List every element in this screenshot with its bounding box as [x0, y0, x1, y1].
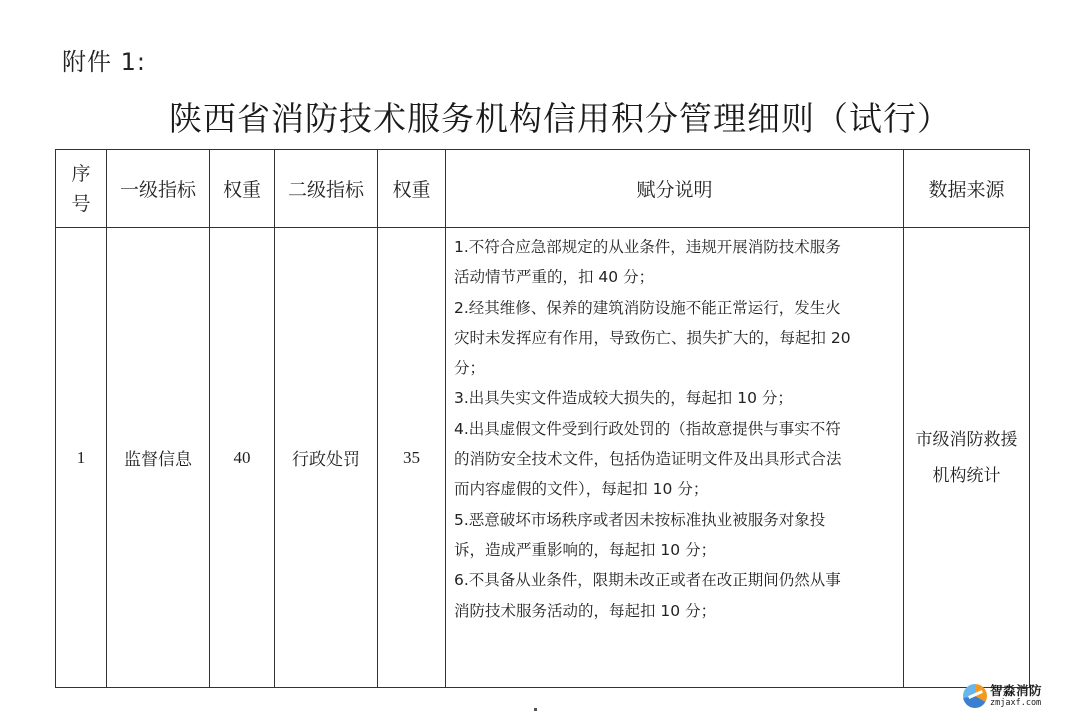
cell-seq: 1 [56, 228, 107, 688]
scoring-line: 4.出具虚假文件受到行政处罚的（指故意提供与事实不符 [454, 414, 897, 444]
table-row: 1 监督信息 40 行政处罚 35 1.不符合应急部规定的从业条件，违规开展消防… [56, 228, 1030, 688]
scoring-line: 2.经其维修、保养的建筑消防设施不能正常运行，发生火 [454, 293, 897, 323]
header-seq-line1: 序 [56, 159, 106, 189]
scan-artifact-dot [534, 708, 537, 711]
attachment-label: 附件 1: [62, 42, 146, 77]
data-source-line2: 机构统计 [904, 458, 1029, 494]
scoring-line: 诉，造成严重影响的，每起扣 10 分； [454, 535, 897, 565]
watermark-text: 智淼消防 zmjaxf.com [990, 685, 1042, 707]
scoring-line: 的消防安全技术文件，包括伪造证明文件及出具形式合法 [454, 444, 897, 474]
data-source-line1: 市级消防救援 [904, 422, 1029, 458]
cell-weight1: 40 [210, 228, 275, 688]
scoring-line: 5.恶意破坏市场秩序或者因未按标准执业被服务对象投 [454, 505, 897, 535]
scoring-line: 1.不符合应急部规定的从业条件，违规开展消防技术服务 [454, 232, 897, 262]
watermark-logo-icon [963, 684, 987, 708]
cell-weight2: 35 [378, 228, 446, 688]
header-weight1: 权重 [210, 150, 275, 228]
scoring-line: 而内容虚假的文件），每起扣 10 分； [454, 474, 897, 504]
header-seq: 序 号 [56, 150, 107, 228]
header-level2-indicator: 二级指标 [275, 150, 378, 228]
credit-score-rules-table: 序 号 一级指标 权重 二级指标 权重 赋分说明 数据来源 1 监督信息 40 … [55, 149, 1030, 688]
cell-data-source: 市级消防救援 机构统计 [904, 228, 1030, 688]
header-data-source: 数据来源 [904, 150, 1030, 228]
cell-scoring-description: 1.不符合应急部规定的从业条件，违规开展消防技术服务 活动情节严重的，扣 40 … [446, 228, 904, 688]
header-weight2: 权重 [378, 150, 446, 228]
header-scoring-description: 赋分说明 [446, 150, 904, 228]
header-level1-indicator: 一级指标 [107, 150, 210, 228]
cell-level1-indicator: 监督信息 [107, 228, 210, 688]
watermark-domain: zmjaxf.com [990, 699, 1042, 708]
header-seq-line2: 号 [56, 189, 106, 219]
scoring-line: 3.出具失实文件造成较大损失的，每起扣 10 分； [454, 383, 897, 413]
watermark-name: 智淼消防 [990, 685, 1042, 698]
scoring-line: 消防技术服务活动的，每起扣 10 分； [454, 596, 897, 626]
scoring-line: 活动情节严重的，扣 40 分； [454, 262, 897, 292]
scoring-line: 6.不具备从业条件，限期未改正或者在改正期间仍然从事 [454, 565, 897, 595]
table-header-row: 序 号 一级指标 权重 二级指标 权重 赋分说明 数据来源 [56, 150, 1030, 228]
scoring-line: 灾时未发挥应有作用，导致伤亡、损失扩大的，每起扣 20 [454, 323, 897, 353]
cell-level2-indicator: 行政处罚 [275, 228, 378, 688]
watermark: 智淼消防 zmjaxf.com [963, 681, 1078, 711]
document-title: 陕西省消防技术服务机构信用积分管理细则（试行） [0, 93, 1080, 140]
scoring-line: 分； [454, 353, 897, 383]
